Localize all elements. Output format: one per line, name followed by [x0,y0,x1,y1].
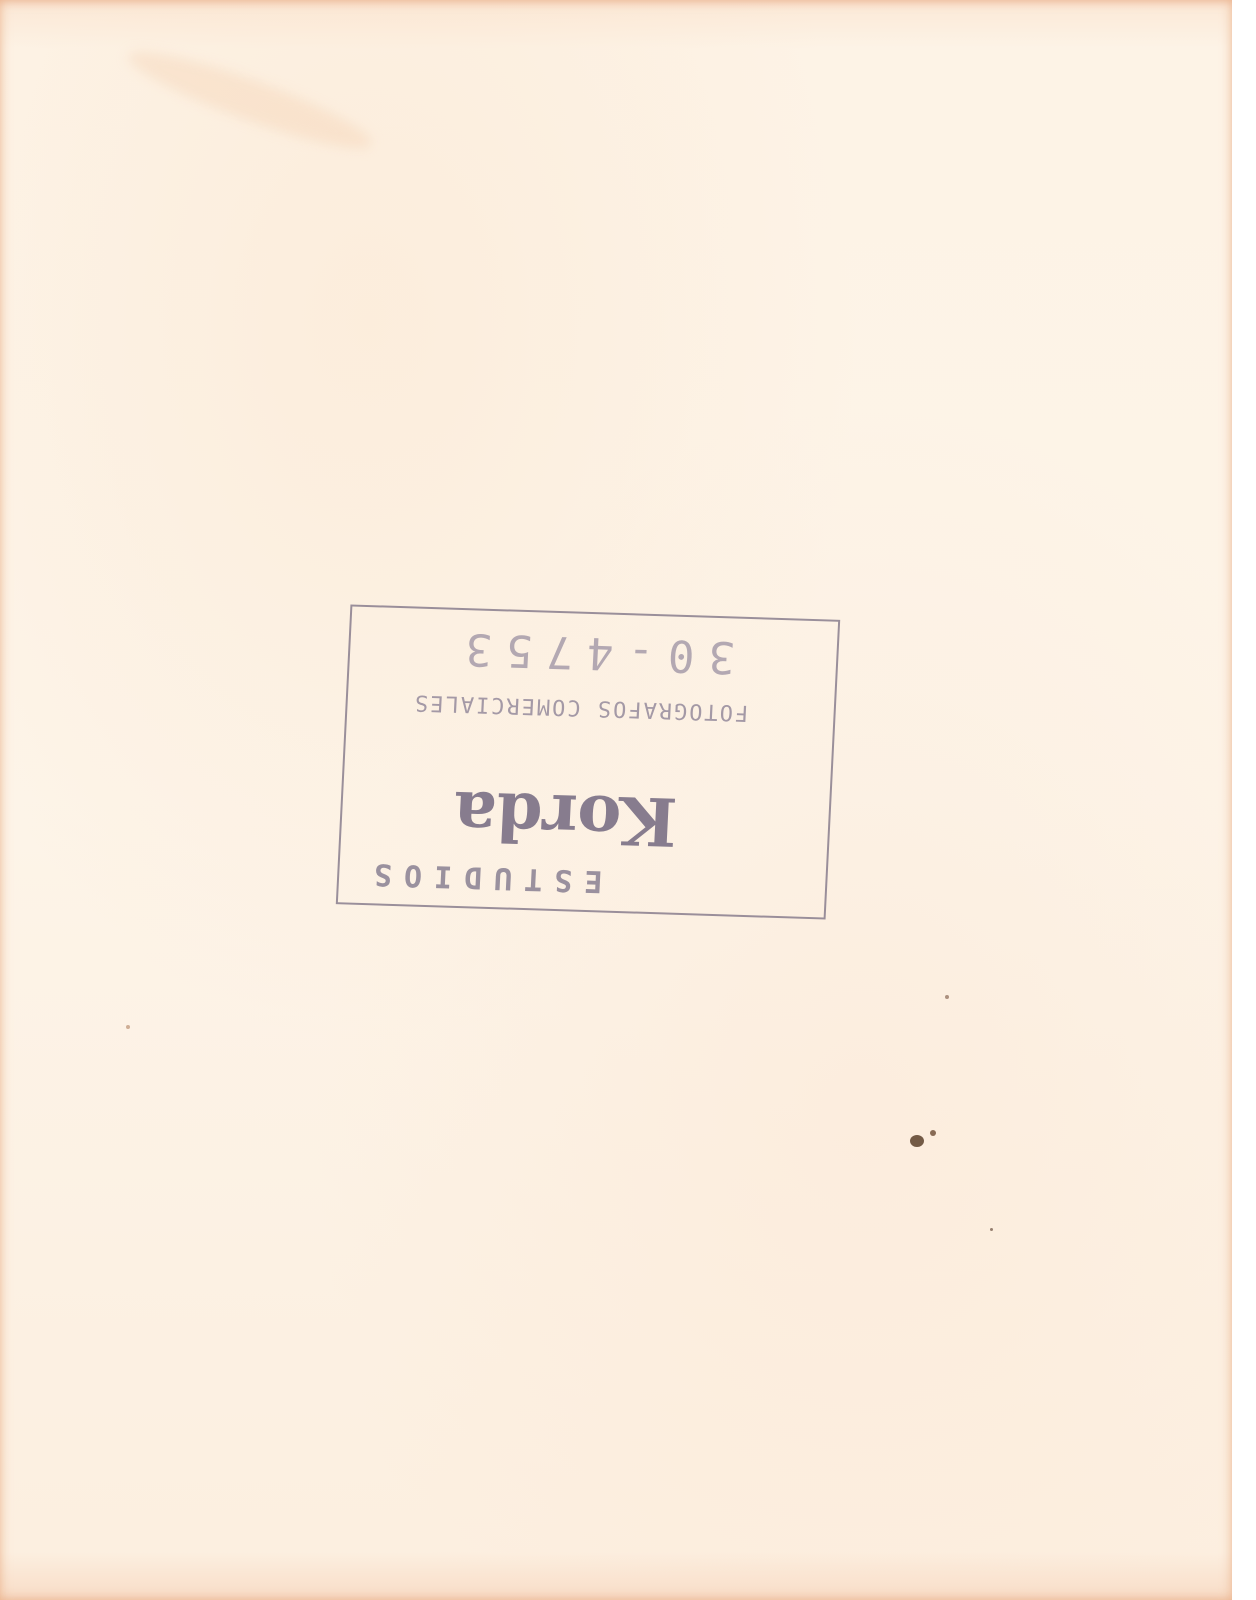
water-stain [121,37,379,164]
dirt-spot [945,995,949,999]
dirt-spot [910,1135,924,1147]
dirt-spot [930,1130,936,1136]
dirt-spot [990,1228,993,1231]
photo-back-paper: ESTUDIOS Korda FOTOGRAFOS COMERCIALES 30… [0,0,1232,1600]
stamp-phone-number: 30-4753 [349,620,837,686]
dirt-spot [126,1025,130,1029]
studio-stamp: ESTUDIOS Korda FOTOGRAFOS COMERCIALES 30… [336,604,840,919]
stamp-subtitle: FOTOGRAFOS COMERCIALES [347,687,834,727]
stamp-brand-name: Korda [340,772,830,865]
